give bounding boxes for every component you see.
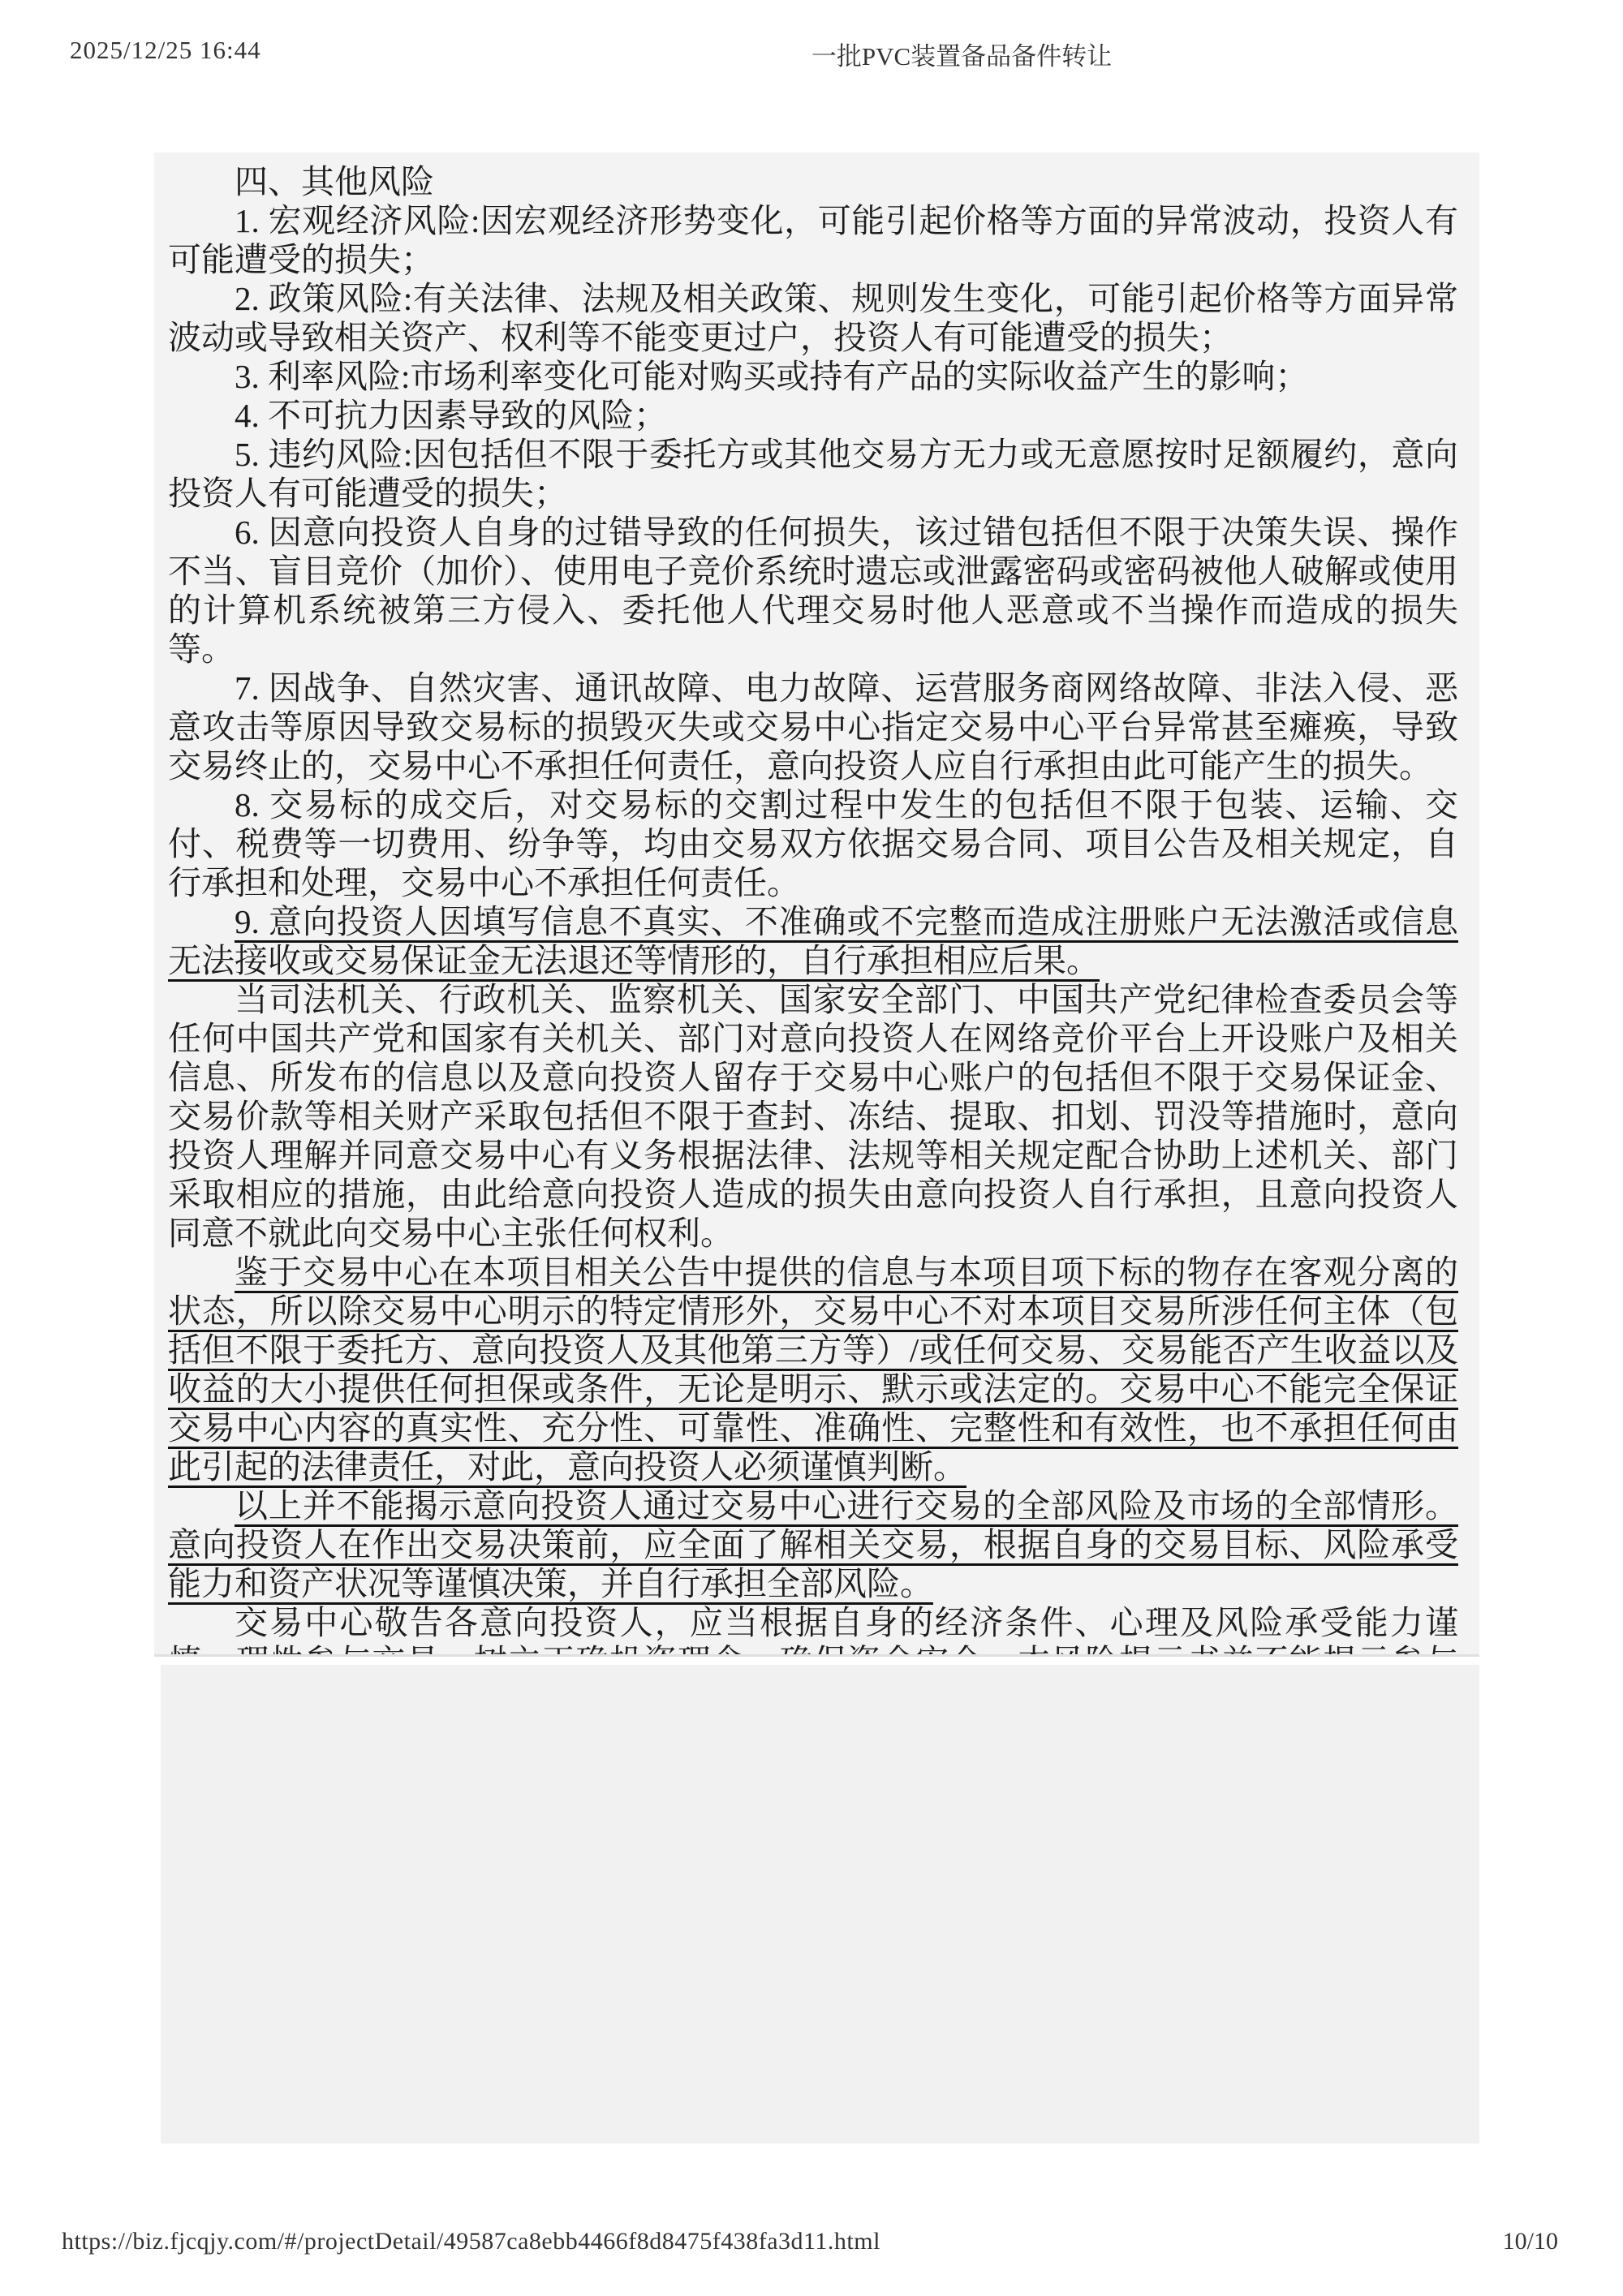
- disclaimer-paragraph: 鉴于交易中心在本项目相关公告中提供的信息与本项目项下标的物存在客观分离的状态，所…: [168, 1253, 1458, 1486]
- print-document-title: 一批PVC装置备品备件转让: [811, 36, 1112, 72]
- risk-item-5: 5. 违约风险:因包括但不限于委托方或其他交易方无力或无意愿按时足额履约，意向投…: [168, 435, 1458, 513]
- risk-item-8: 8. 交易标的成交后，对交易标的交割过程中发生的包括但不限于包装、运输、交付、税…: [168, 785, 1458, 902]
- empty-content-area: [161, 1665, 1479, 2143]
- authorities-measures-paragraph: 当司法机关、行政机关、监察机关、国家安全部门、中国共产党纪律检查委员会等任何中国…: [168, 980, 1458, 1253]
- risk-item-7: 7. 因战争、自然灾害、通讯故障、电力故障、运营服务商网络故障、非法入侵、恶意攻…: [168, 669, 1458, 785]
- risk-item-3: 3. 利率风险:市场利率变化可能对购买或持有产品的实际收益产生的影响；: [168, 357, 1458, 396]
- risk-item-1: 1. 宏观经济风险:因宏观经济形势变化，可能引起价格等方面的异常波动，投资人有可…: [168, 201, 1458, 279]
- page-number: 10/10: [1503, 2228, 1558, 2255]
- risk-item-2: 2. 政策风险:有关法律、法规及相关政策、规则发生变化，可能引起价格等方面异常波…: [168, 279, 1458, 357]
- risk-notice-panel: 四、其他风险 1. 宏观经济风险:因宏观经济形势变化，可能引起价格等方面的异常波…: [154, 153, 1479, 1657]
- risk-item-6: 6. 因意向投资人自身的过错导致的任何损失，该过错包括但不限于决策失误、操作不当…: [168, 513, 1458, 669]
- warning-paragraph: 交易中心敬告各意向投资人，应当根据自身的经济条件、心理及风险承受能力谨慎、理性参…: [168, 1603, 1458, 1657]
- printed-page: { "print_header": { "datetime": "2025/12…: [0, 0, 1623, 2296]
- print-source-url: https://biz.fjcqjy.com/#/projectDetail/4…: [62, 2228, 880, 2255]
- section-heading: 四、其他风险: [168, 162, 1458, 201]
- print-datetime: 2025/12/25 16:44: [70, 36, 261, 65]
- risk-item-4: 4. 不可抗力因素导致的风险；: [168, 396, 1458, 435]
- full-risk-disclosure-paragraph: 以上并不能揭示意向投资人通过交易中心进行交易的全部风险及市场的全部情形。意向投资…: [168, 1486, 1458, 1603]
- risk-item-9: 9. 意向投资人因填写信息不真实、不准确或不完整而造成注册账户无法激活或信息无法…: [168, 902, 1458, 980]
